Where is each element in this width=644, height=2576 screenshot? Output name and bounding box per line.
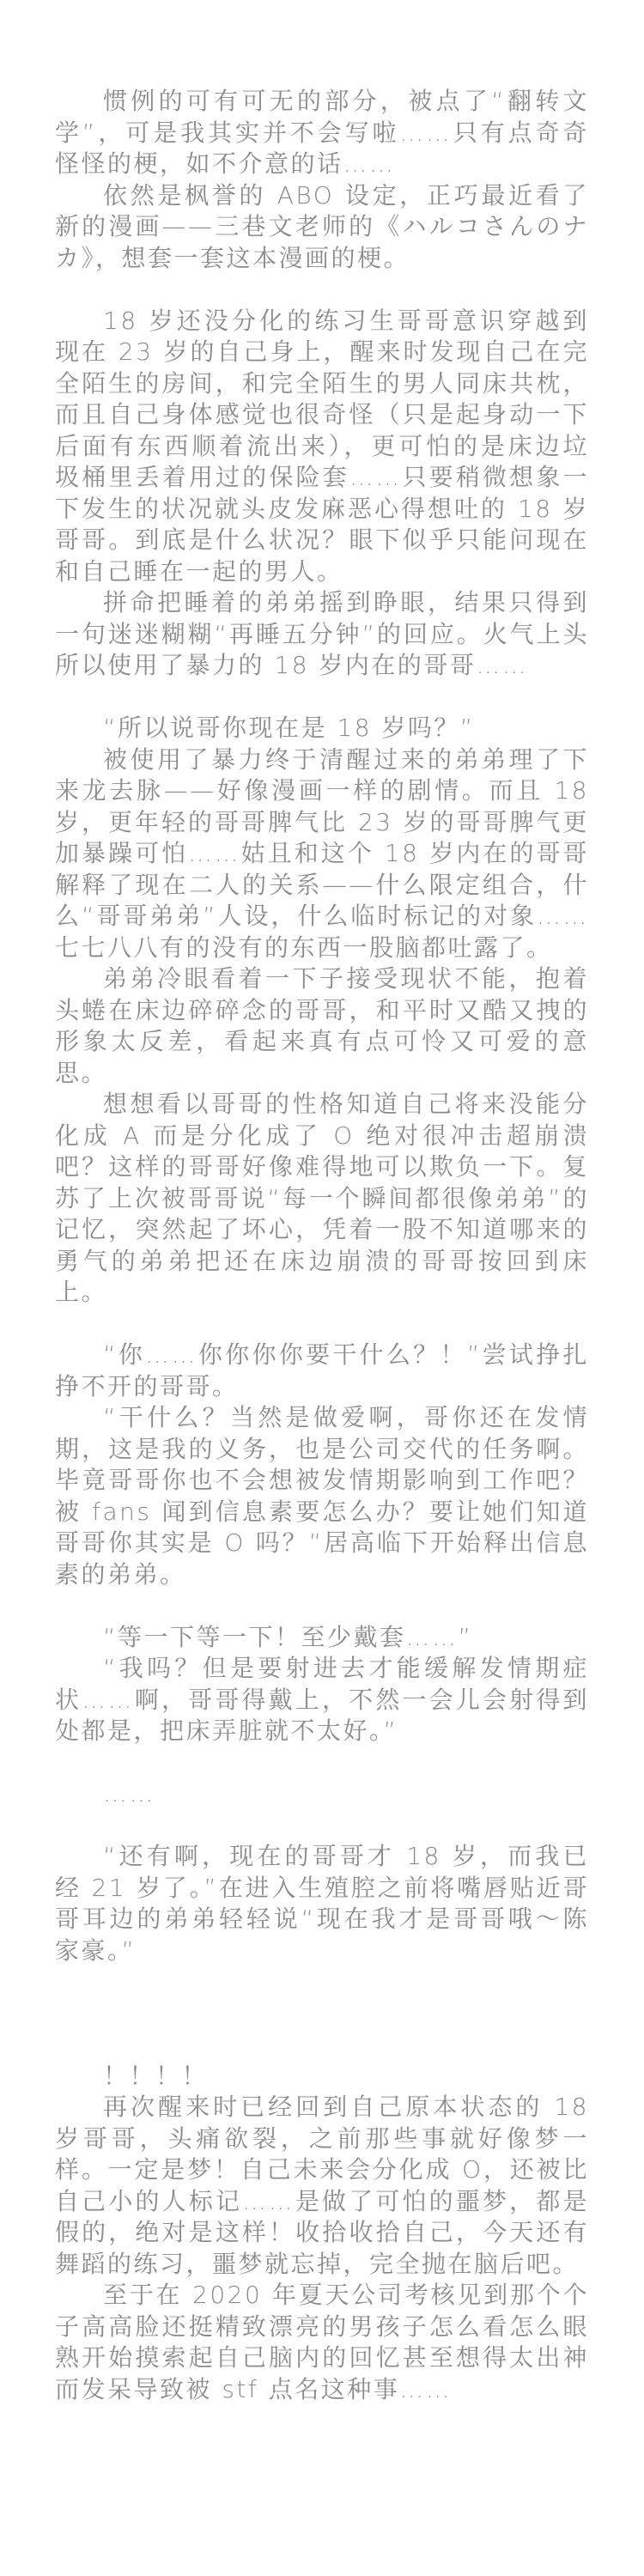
- paragraph: 再次醒来时已经回到自己原本状态的 18 岁哥哥，头痛欲裂，之前那些事就好像梦一样…: [55, 2092, 589, 2280]
- paragraph: ……: [55, 1778, 589, 1810]
- paragraph: 依然是枫誉的 ABO 设定，正巧最近看了新的漫画——三巷文老师的《ハルコさんのナ…: [55, 180, 589, 275]
- paragraph: 被使用了暴力终于清醒过来的弟弟理了下来龙去脉——好像漫画一样的剧情。而且 18 …: [55, 744, 589, 964]
- paragraph: “等一下等一下！至少戴套……”: [55, 1622, 589, 1654]
- paragraph: “我吗？但是要射进去才能缓解发情期症状……啊，哥哥得戴上，不然一会儿会射得到处都…: [55, 1653, 589, 1747]
- paragraph: “还有啊，现在的哥哥才 18 岁，而我已经 21 岁了。”在进入生殖腔之前将嘴唇…: [55, 1841, 589, 1966]
- paragraph: 惯例的可有可无的部分，被点了“翻转文学”，可是我其实并不会写啦……只有点奇奇怪怪…: [55, 86, 589, 180]
- paragraph: “你……你你你你要干什么？！”尝试挣扎挣不开的哥哥。: [55, 1340, 589, 1402]
- paragraph: “所以说哥你现在是 18 岁吗？”: [55, 713, 589, 744]
- paragraph: “干什么？当然是做爱啊，哥你还在发情期，这是我的义务，也是公司交代的任务啊。毕竟…: [55, 1402, 589, 1590]
- paragraph: 弟弟冷眼看着一下子接受现状不能，抱着头蜷在床边碎碎念的哥哥，和平时又酷又拽的形象…: [55, 963, 589, 1089]
- paragraph: 至于在 2020 年夏天公司考核见到那个个子高高脸还挺精致漂亮的男孩子怎么看怎么…: [55, 2280, 589, 2405]
- paragraph: 18 岁还没分化的练习生哥哥意识穿越到现在 23 岁的自己身上，醒来时发现自己在…: [55, 306, 589, 588]
- document-page: 惯例的可有可无的部分，被点了“翻转文学”，可是我其实并不会写啦……只有点奇奇怪怪…: [0, 0, 644, 2576]
- paragraph: 拼命把睡着的弟弟摇到睁眼，结果只得到一句迷迷糊糊“再睡五分钟”的回应。火气上头所…: [55, 587, 589, 682]
- story-text: 惯例的可有可无的部分，被点了“翻转文学”，可是我其实并不会写啦……只有点奇奇怪怪…: [55, 86, 589, 2405]
- paragraph: ！！！！: [55, 2061, 589, 2093]
- paragraph: 想想看以哥哥的性格知道自己将来没能分化成 A 而是分化成了 O 绝对很冲击超崩溃…: [55, 1089, 589, 1309]
